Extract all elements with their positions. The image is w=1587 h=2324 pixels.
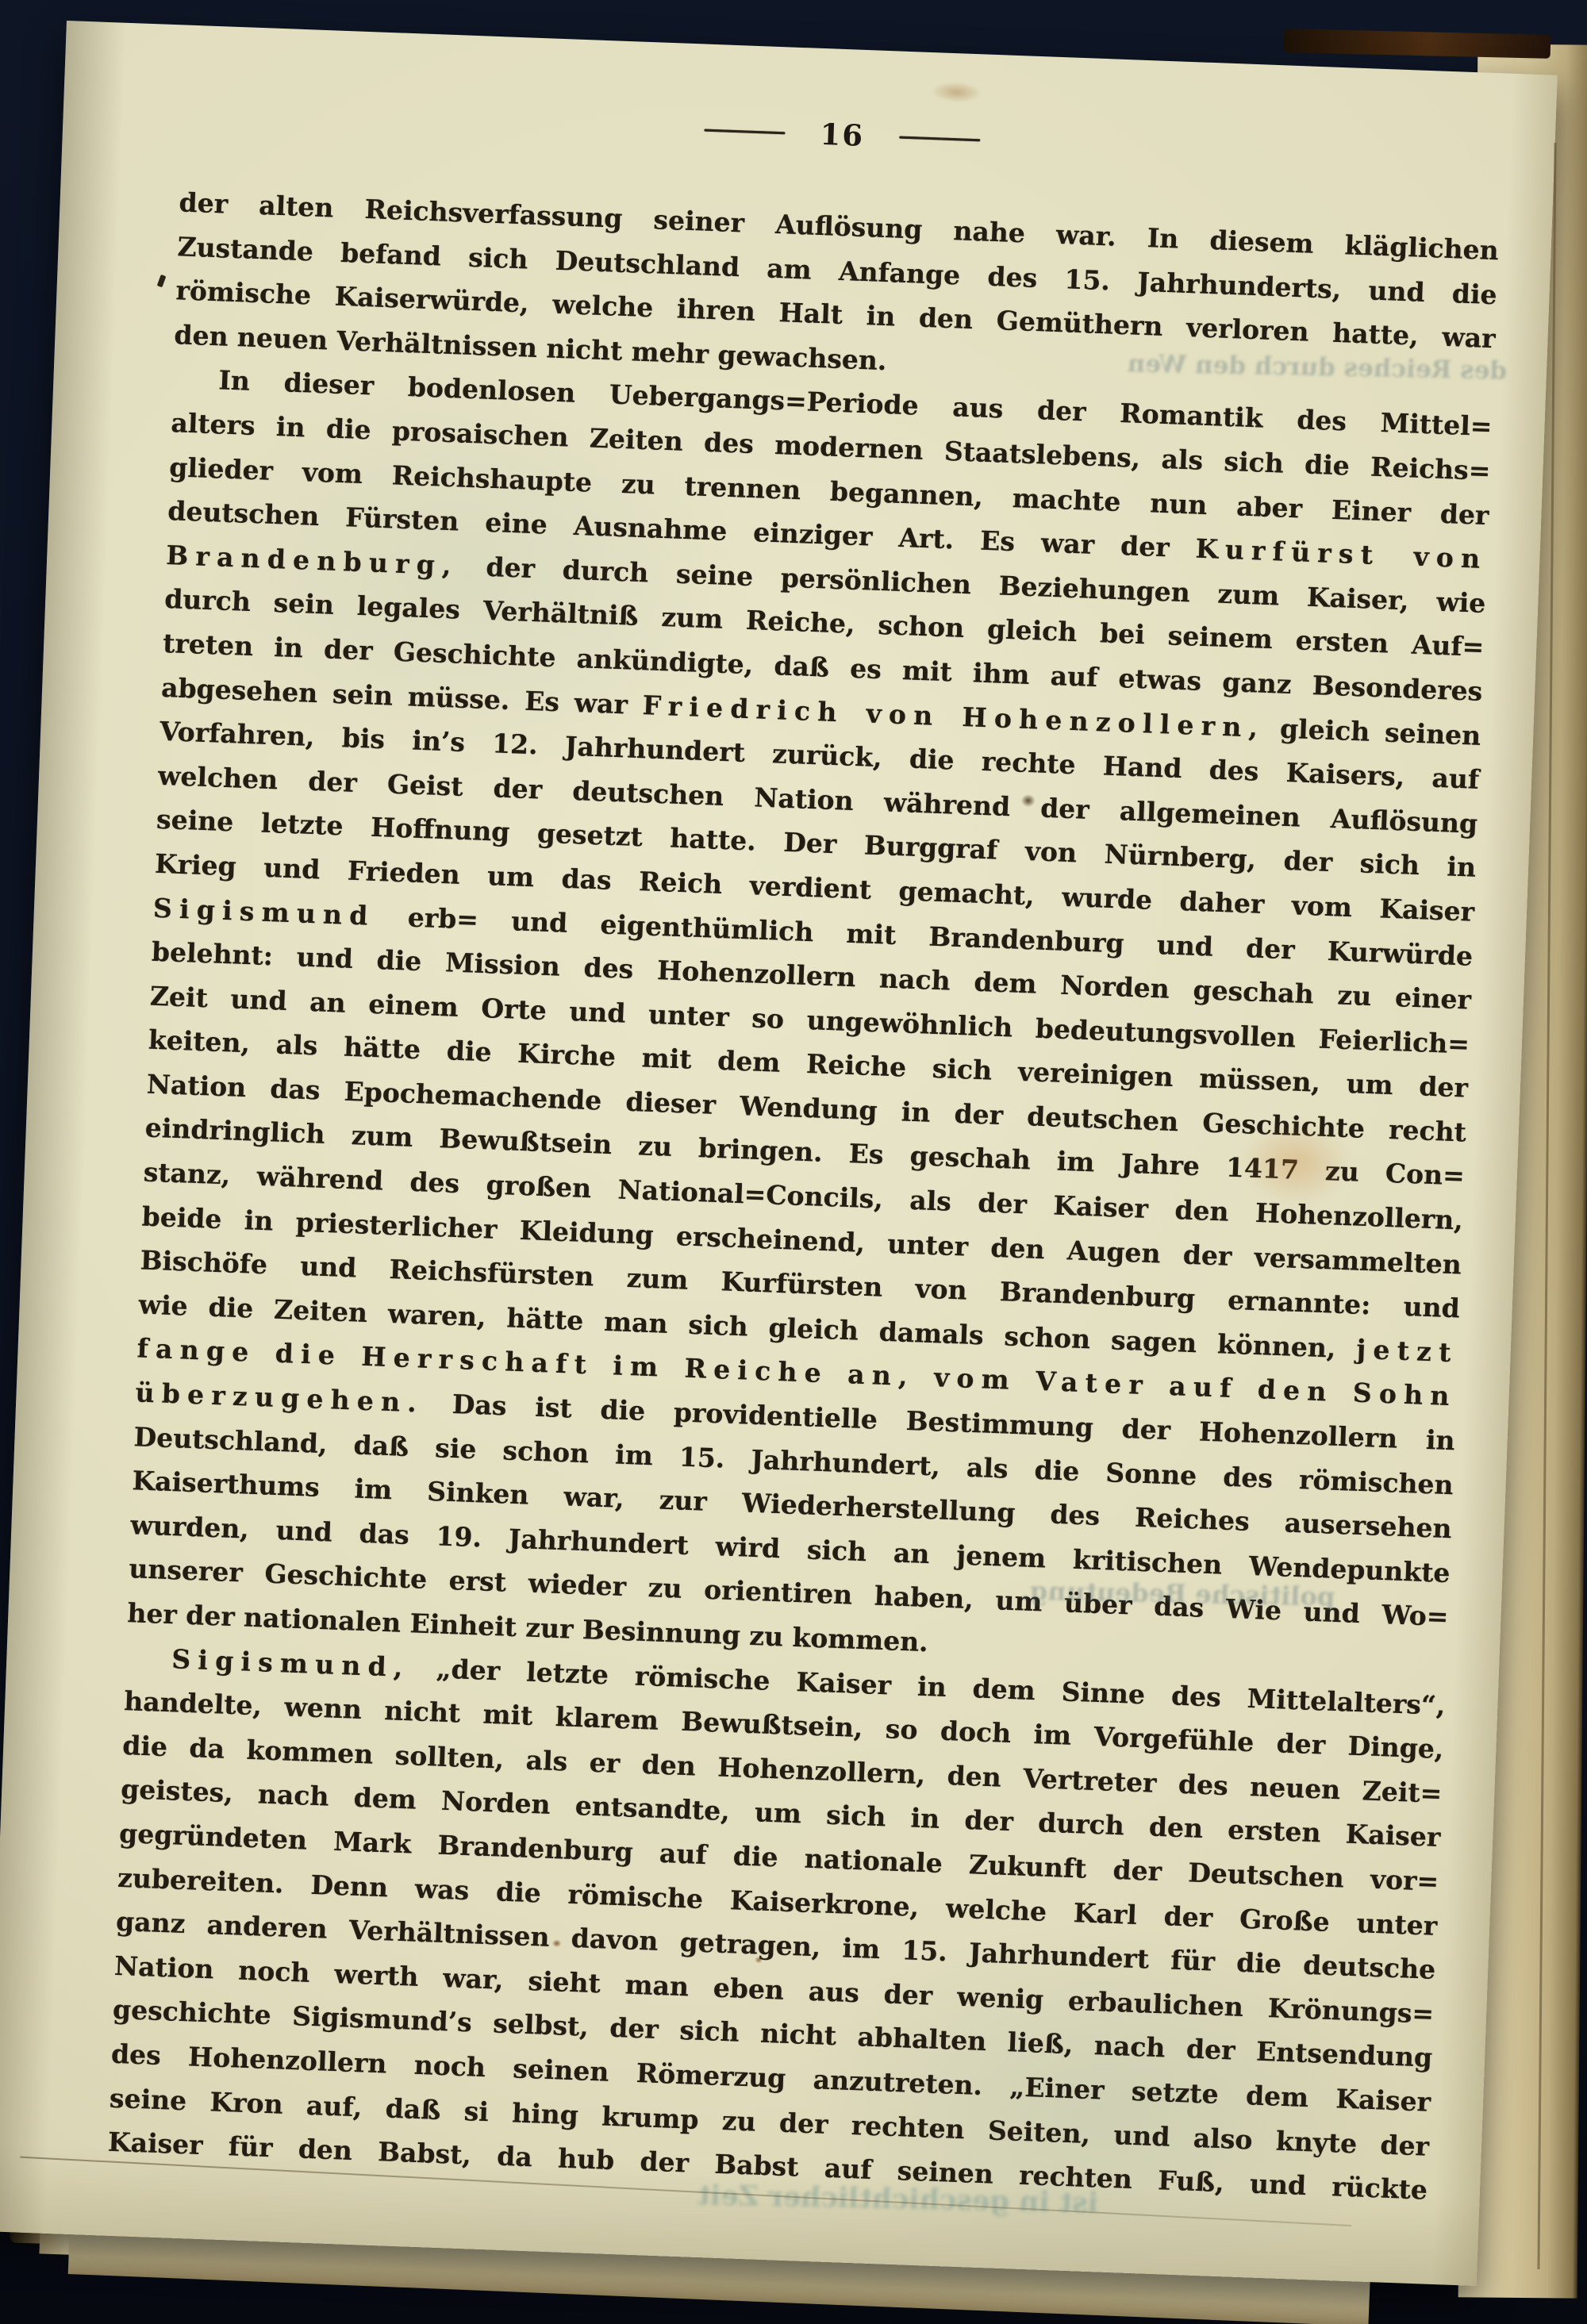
emphasized-spaced-text: Sigismund, bbox=[171, 1643, 411, 1683]
ink-mark bbox=[157, 275, 167, 287]
book-photo-scene: 16 der alten Reichsverfassung seiner Auf… bbox=[0, 0, 1587, 2324]
header-right-rule bbox=[899, 136, 980, 141]
emphasized-spaced-text: Kurfürst von bbox=[1195, 533, 1488, 574]
header-left-rule bbox=[705, 129, 786, 134]
emphasized-spaced-text: jetzt bbox=[1356, 1334, 1459, 1369]
stain bbox=[931, 81, 982, 103]
page-number: 16 bbox=[820, 117, 865, 153]
emphasized-spaced-text: Sigismund bbox=[152, 892, 375, 931]
emphasized-spaced-text: überzugehen. bbox=[135, 1377, 425, 1418]
body-text-block: der alten Reichsverfassung seiner Auflös… bbox=[107, 180, 1500, 2212]
page-header: 16 bbox=[182, 93, 1502, 176]
book-page: 16 der alten Reichsverfassung seiner Auf… bbox=[0, 21, 1558, 2286]
text-segment: gleich seinen bbox=[1265, 712, 1481, 751]
emphasized-spaced-text: Brandenburg, bbox=[166, 540, 459, 581]
binding-spine-sliver bbox=[1284, 29, 1551, 59]
